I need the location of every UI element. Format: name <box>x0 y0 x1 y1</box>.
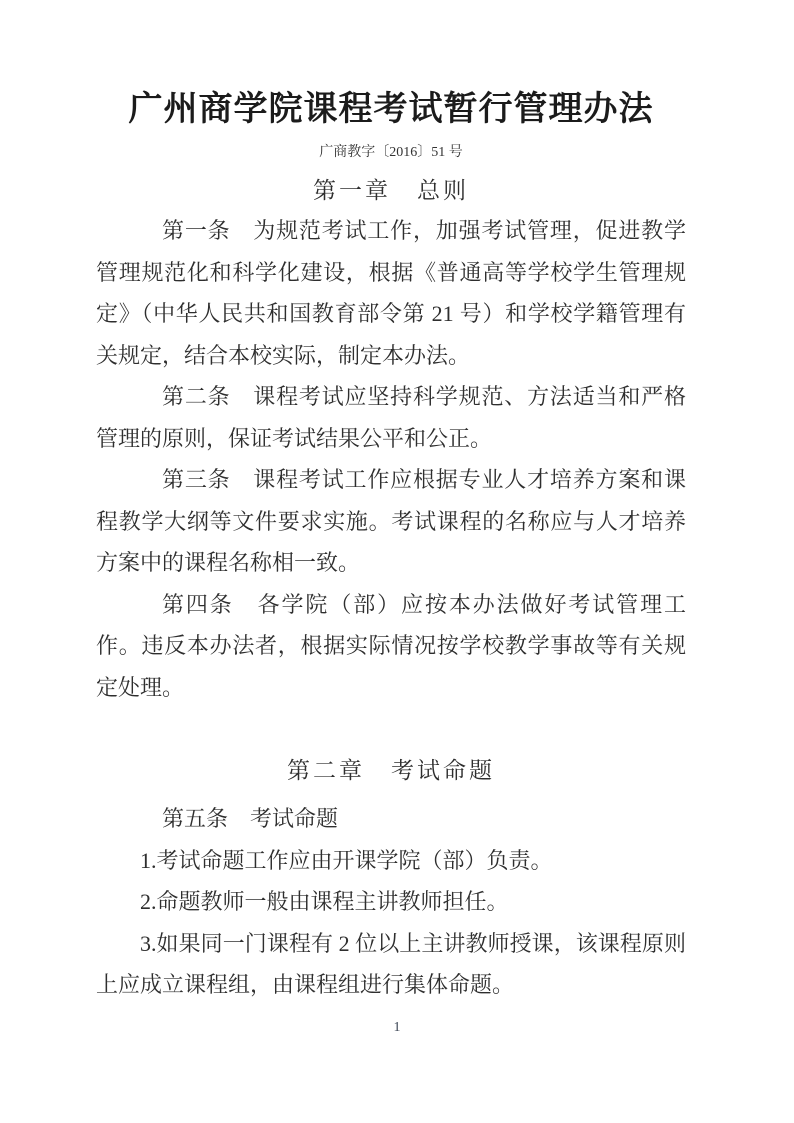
document-content: 广州商学院课程考试暂行管理办法 广商教字〔2016〕51 号 第一章 总则 第一… <box>96 86 686 1006</box>
document-title: 广州商学院课程考试暂行管理办法 <box>96 86 686 132</box>
document-number: 广商教字〔2016〕51 号 <box>96 142 686 164</box>
article-3-paragraph: 第三条 课程考试工作应根据专业人才培养方案和课程教学大纲等文件要求实施。考试课程… <box>96 459 686 584</box>
chapter-1-body: 第一条 为规范考试工作，加强考试管理，促进教学管理规范化和科学化建设，根据《普通… <box>96 210 686 708</box>
chapter-2-body: 第五条 考试命题 1.考试命题工作应由开课学院（部）负责。 2.命题教师一般由课… <box>96 798 686 1006</box>
article-5-item-3: 3.如果同一门课程有 2 位以上主讲教师授课，该课程原则上应成立课程组，由课程组… <box>96 923 686 1006</box>
article-4-paragraph: 第四条 各学院（部）应按本办法做好考试管理工作。违反本办法者，根据实际情况按学校… <box>96 584 686 709</box>
article-2-paragraph: 第二条 课程考试应坚持科学规范、方法适当和严格管理的原则，保证考试结果公平和公正… <box>96 376 686 459</box>
chapter-2-heading: 第二章 考试命题 <box>96 756 686 786</box>
chapter-1-heading: 第一章 总则 <box>96 176 686 206</box>
article-5-item-2: 2.命题教师一般由课程主讲教师担任。 <box>96 881 686 923</box>
document-page: 广州商学院课程考试暂行管理办法 广商教字〔2016〕51 号 第一章 总则 第一… <box>0 0 794 1123</box>
article-1-paragraph: 第一条 为规范考试工作，加强考试管理，促进教学管理规范化和科学化建设，根据《普通… <box>96 210 686 376</box>
article-5-heading-paragraph: 第五条 考试命题 <box>96 798 686 840</box>
page-number: 1 <box>0 1018 794 1038</box>
article-5-item-1: 1.考试命题工作应由开课学院（部）负责。 <box>96 840 686 882</box>
